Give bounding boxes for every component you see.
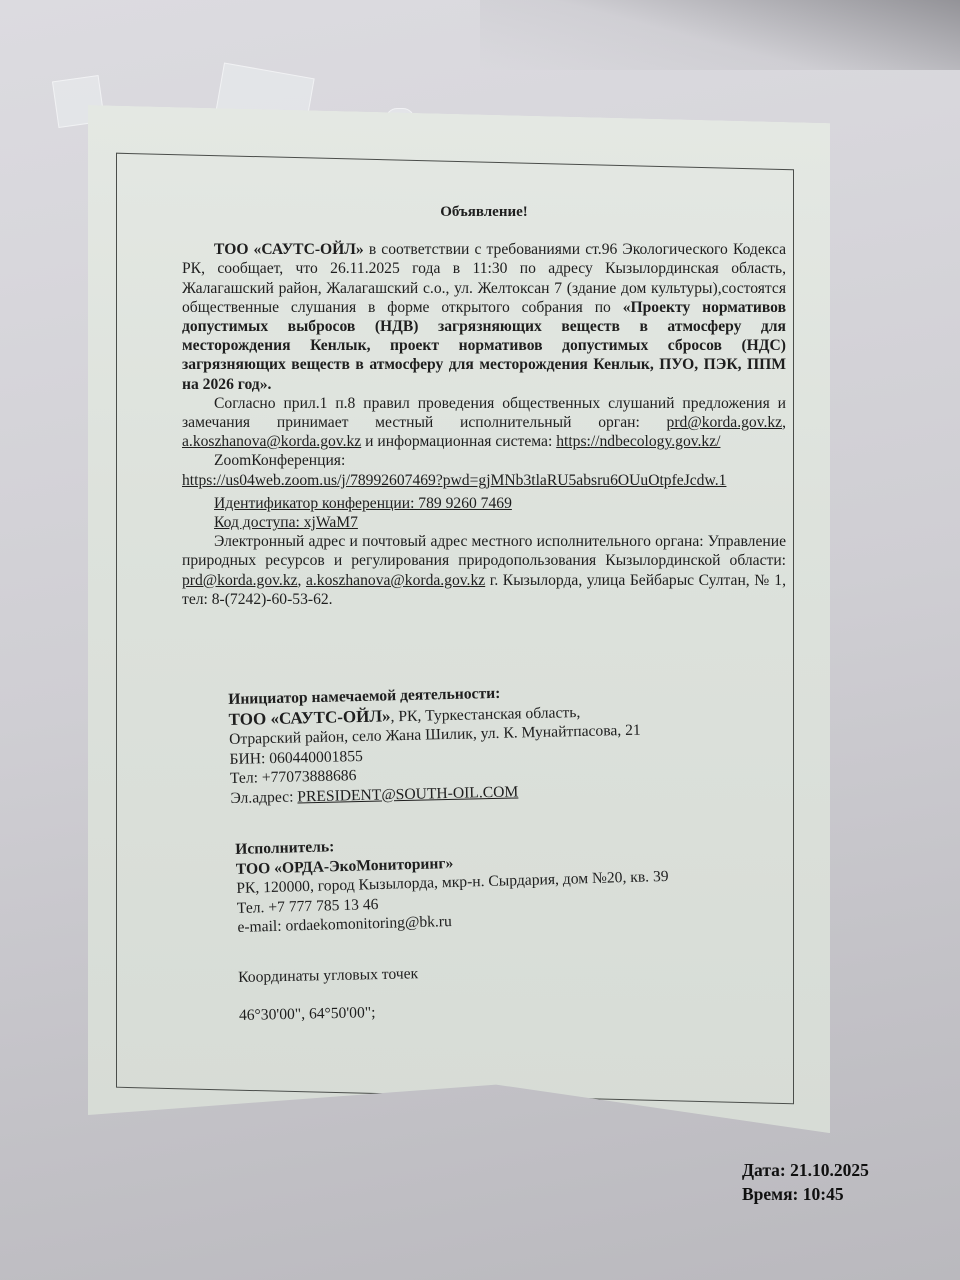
authority-email-koszhanova[interactable]: a.koszhanova@korda.gov.kz xyxy=(306,572,485,589)
email-link-prd[interactable]: prd@korda.gov.kz xyxy=(667,414,783,431)
authority-paragraph: Электронный адрес и почтовый адрес местн… xyxy=(182,532,786,609)
stamp-date: Дата: 21.10.2025 xyxy=(742,1158,869,1182)
initiator-company: ТОО «САУТС-ОЙЛ» xyxy=(228,706,390,729)
access-code: Код доступа: xjWaM7 xyxy=(214,514,358,531)
initiator-email-link[interactable]: PRESIDENT@SOUTH-OIL.COM xyxy=(297,783,518,805)
separator: , xyxy=(782,414,786,431)
email-link-koszhanova[interactable]: a.koszhanova@korda.gov.kz xyxy=(182,433,361,450)
coordinates-block: Координаты угловых точек 46°30'00", 64°5… xyxy=(238,960,639,1025)
initiator-block: Инициатор намечаемой деятельности: ТОО «… xyxy=(228,678,751,808)
intro-company: ТОО «САУТС-ОЙЛ» xyxy=(214,241,364,258)
proposals-paragraph: Согласно прил.1 п.8 правил проведения об… xyxy=(182,394,786,452)
stamp-time: Время: 10:45 xyxy=(742,1182,869,1206)
notice-body: Объявление! ТОО «САУТС-ОЙЛ» в соответств… xyxy=(182,203,786,609)
zoom-link[interactable]: https://us04web.zoom.us/j/78992607469?pw… xyxy=(182,472,726,489)
notice-title: Объявление! xyxy=(182,203,786,222)
zoom-url-line: https://us04web.zoom.us/j/78992607469?pw… xyxy=(182,471,786,490)
separator: , xyxy=(298,572,306,589)
wall-shadow xyxy=(480,0,960,70)
authority-text: Электронный адрес и почтовый адрес местн… xyxy=(182,533,786,569)
timestamp-overlay: Дата: 21.10.2025 Время: 10:45 xyxy=(742,1158,869,1206)
initiator-email-label: Эл.адрес: xyxy=(230,788,297,807)
executor-block: Исполнитель: ТОО «ОРДА-ЭкоМониторинг» РК… xyxy=(235,825,758,937)
intro-paragraph: ТОО «САУТС-ОЙЛ» в соответствии с требова… xyxy=(182,240,786,394)
proposals-text-2: и информационная система: xyxy=(361,433,556,450)
initiator-region: , РК, Туркестанская область, xyxy=(390,704,580,725)
zoom-label: ZoomКонференция: xyxy=(182,451,786,470)
website-link-ndbecology[interactable]: https://ndbecology.gov.kz/ xyxy=(556,433,720,450)
authority-email-prd[interactable]: prd@korda.gov.kz xyxy=(182,572,298,589)
conference-id-line: Идентификатор конференции: 789 9260 7469 xyxy=(182,494,786,513)
access-code-line: Код доступа: xjWaM7 xyxy=(182,513,786,532)
conference-id: Идентификатор конференции: 789 9260 7469 xyxy=(214,495,512,512)
